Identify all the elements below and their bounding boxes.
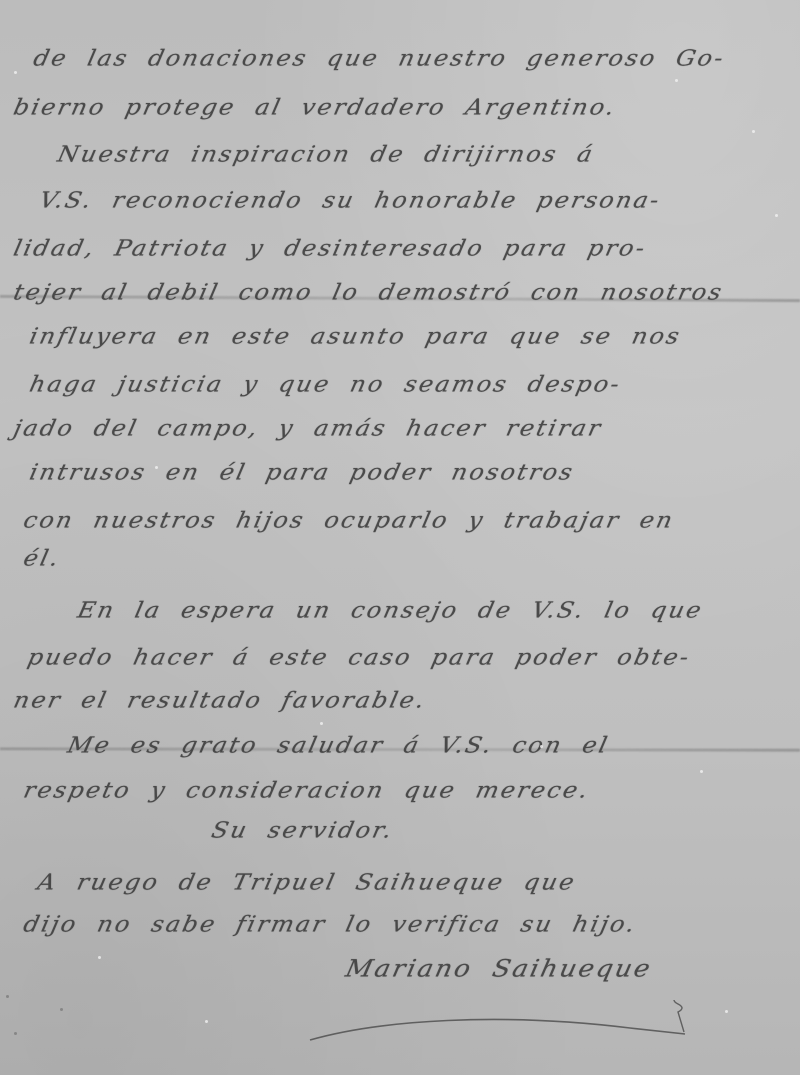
signature-flourish <box>300 1000 700 1050</box>
dust-speck <box>675 79 678 82</box>
dust-speck <box>540 745 543 748</box>
text-line: él. <box>21 545 63 571</box>
text-line: de las donaciones que nuestro generoso G… <box>31 45 727 71</box>
closing-line: Su servidor. <box>209 817 396 843</box>
text-line: V.S. reconociendo su honorable persona- <box>37 187 663 213</box>
text-line: Nuestra inspiracion de dirijirnos á <box>55 141 597 167</box>
text-line: intrusos en él para poder nosotros <box>27 459 577 485</box>
text-line: haga justicia y que no seamos despo- <box>27 371 624 397</box>
dust-speck <box>14 1032 17 1035</box>
text-line: jado del campo, y amás hacer retirar <box>11 415 605 441</box>
dust-speck <box>205 1020 208 1023</box>
document-photo: de las donaciones que nuestro generoso G… <box>0 0 800 1075</box>
text-line: influyera en este asunto para que se nos <box>27 323 683 349</box>
text-line: tejer al debil como lo demostró con noso… <box>11 279 726 305</box>
dust-speck <box>775 214 778 217</box>
text-line: con nuestros hijos ocuparlo y trabajar e… <box>21 507 677 533</box>
dust-speck <box>752 130 755 133</box>
text-line: ner el resultado favorable. <box>11 687 429 713</box>
dust-speck <box>6 995 9 998</box>
text-line: dijo no sabe firmar lo verifica su hijo. <box>21 911 639 937</box>
dust-speck <box>725 1010 728 1013</box>
signature: Mariano Saihueque <box>343 955 655 983</box>
dust-speck <box>700 770 703 773</box>
dust-speck <box>155 466 158 469</box>
dust-speck <box>98 956 101 959</box>
text-line: En la espera un consejo de V.S. lo que <box>75 597 705 623</box>
text-line: lidad, Patriota y desinteresado para pro… <box>11 235 649 261</box>
dust-speck <box>320 722 323 725</box>
text-line: bierno protege al verdadero Argentino. <box>11 94 619 120</box>
text-line: respeto y consideracion que merece. <box>21 777 592 803</box>
dust-speck <box>60 1008 63 1011</box>
text-line: puedo hacer á este caso para poder obte- <box>25 644 693 670</box>
text-line: A ruego de Tripuel Saihueque que <box>35 869 578 895</box>
dust-speck <box>14 71 17 74</box>
text-line: Me es grato saludar á V.S. con el <box>65 732 611 758</box>
